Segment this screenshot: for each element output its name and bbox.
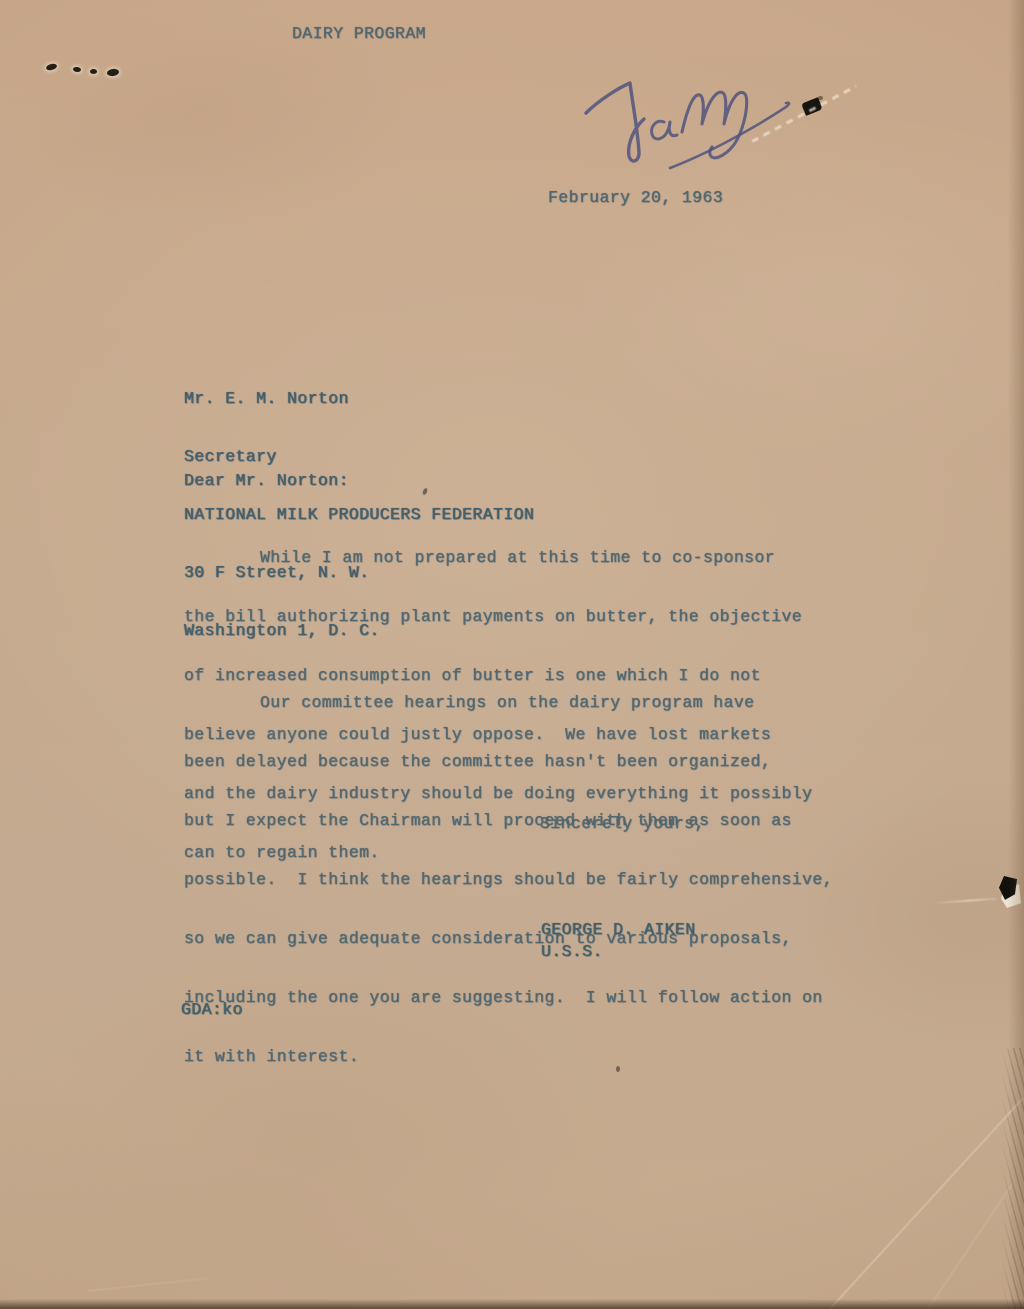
paper-speck bbox=[818, 96, 823, 100]
body-line: but I expect the Chairman will proceed w… bbox=[184, 810, 833, 831]
handwritten-dairy-annotation bbox=[578, 70, 828, 180]
staple-hole-icon bbox=[107, 68, 120, 77]
paper-crease bbox=[829, 1097, 1024, 1309]
body-line: been delayed because the committee hasn'… bbox=[184, 751, 833, 772]
staple-hole-icon bbox=[90, 69, 97, 74]
body-line: including the one you are suggesting. I … bbox=[184, 987, 833, 1008]
ink-speck bbox=[616, 1066, 620, 1072]
body-paragraph-2: Our committee hearings on the dairy prog… bbox=[184, 654, 833, 1105]
recipient-line: Secretary bbox=[184, 447, 534, 467]
program-header: DAIRY PROGRAM bbox=[292, 24, 426, 43]
typist-initials: GDA:ko bbox=[181, 1000, 243, 1019]
letter-date: February 20, 1963 bbox=[548, 188, 723, 207]
staple-holes bbox=[44, 60, 134, 80]
signature-name: GEORGE D. AIKEN bbox=[541, 920, 696, 939]
page-bottom-edge-shadow bbox=[0, 1299, 1024, 1309]
paper-tear bbox=[994, 874, 1024, 914]
tear-scratch bbox=[932, 898, 996, 904]
body-line: Our committee hearings on the dairy prog… bbox=[184, 692, 833, 713]
signature-title: U.S.S. bbox=[541, 942, 603, 961]
staple-hole-icon bbox=[73, 66, 82, 72]
salutation: Dear Mr. Norton: bbox=[184, 471, 349, 490]
body-line: While I am not prepared at this time to … bbox=[184, 547, 812, 568]
edge-pencil-marks bbox=[1002, 1048, 1024, 1309]
staple-hole-icon bbox=[45, 63, 57, 71]
body-line: so we can give adequate consideration to… bbox=[184, 928, 833, 949]
body-line: the bill authorizing plant payments on b… bbox=[184, 606, 812, 627]
scanned-letter-page: DAIRY PROGRAM Dairy February 20, 1963 Mr… bbox=[0, 0, 1024, 1309]
body-line: it with interest. bbox=[184, 1046, 833, 1067]
closing-line: Sincerely yours, bbox=[540, 814, 705, 833]
recipient-line: Mr. E. M. Norton bbox=[184, 389, 534, 409]
paper-crease bbox=[88, 1277, 208, 1292]
paper-crease bbox=[927, 1184, 1013, 1309]
body-line: possible. I think the hearings should be… bbox=[184, 869, 833, 890]
